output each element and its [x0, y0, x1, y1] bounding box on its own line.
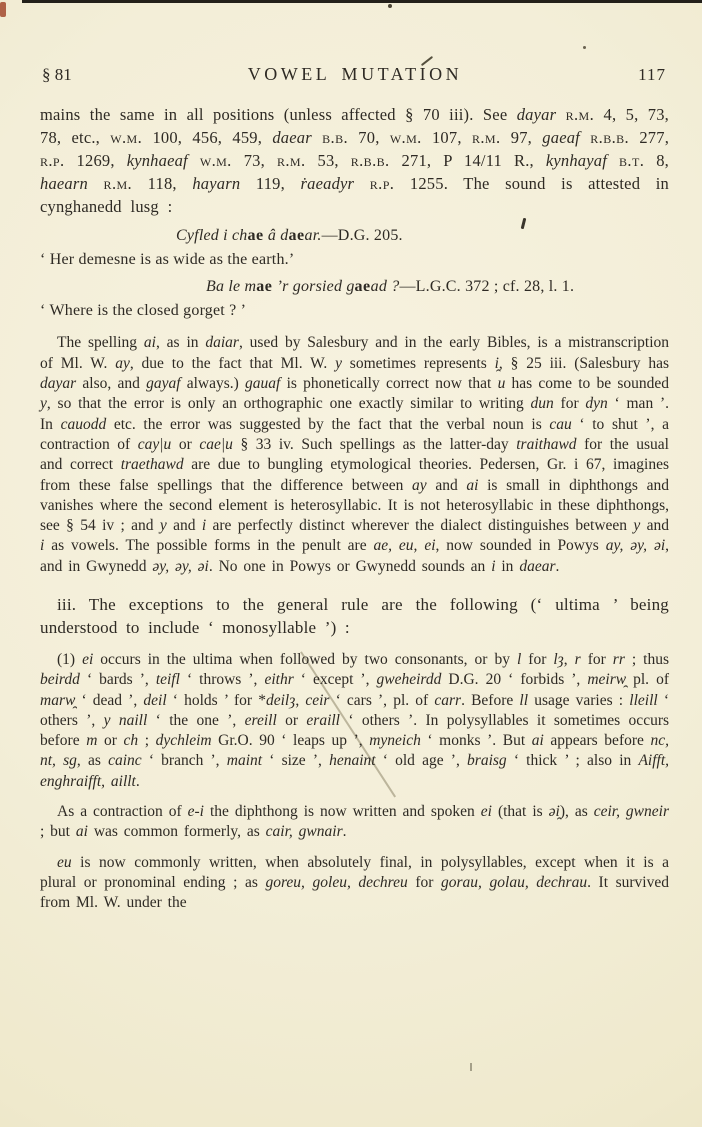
text-run: cauodd — [61, 416, 107, 433]
text-run: y — [160, 517, 167, 534]
text-run: ay, əy, əi — [606, 537, 665, 554]
text-run — [556, 105, 565, 124]
text-run: gorau, golau, dechrau — [441, 874, 587, 891]
text-run: gweheirdd — [377, 671, 442, 688]
text-run: goreu, goleu, dechreu — [265, 874, 407, 891]
text-run: gayaf — [146, 375, 180, 392]
text-run: R.M. — [472, 128, 501, 147]
text-run: dychleim — [156, 732, 212, 749]
text-run: ei — [481, 803, 492, 820]
text-run: § 33 iv. Such spellings as the latter-da… — [233, 436, 516, 453]
text-run: deilȝ — [266, 692, 295, 709]
paragraph-section-iii: iii. The exceptions to the general rule … — [40, 593, 669, 640]
text-run: are perfectly distinct wherever the dial… — [206, 517, 633, 534]
text-run — [312, 128, 322, 147]
text-run: ṙaeadyr — [301, 174, 355, 193]
text-run: Cyfled i ch — [176, 227, 248, 244]
paragraph-exception-1: (1) ei occurs in the ultima when followe… — [40, 650, 669, 792]
text-run: was common formerly, as — [88, 823, 266, 840]
text-run: , § 25 iii. (Salesbury has — [499, 355, 669, 372]
text-run: dun — [531, 395, 554, 412]
scan-speck — [470, 1063, 472, 1071]
text-run: The spelling — [57, 334, 144, 351]
text-run: y — [40, 395, 47, 412]
text-run: meirw̯ — [587, 671, 626, 688]
text-run: əy, əy, əi — [152, 558, 209, 575]
text-run: ai — [144, 334, 156, 351]
text-run: or — [277, 712, 307, 729]
text-run: 277, — [629, 128, 669, 147]
text-run: eithr — [264, 671, 293, 688]
paragraph-spelling-note: The spelling ai, as in daiar, used by Sa… — [40, 333, 669, 577]
text-run: ch — [123, 732, 138, 749]
text-run: cau — [549, 416, 571, 433]
text-run: carr — [434, 692, 461, 709]
text-run: daear — [272, 128, 312, 147]
paragraph-eu-final: eu is now commonly written, when absolut… — [40, 853, 669, 914]
text-run: kynhaeaf — [127, 151, 188, 170]
text-run: traithawd — [516, 436, 576, 453]
text-run: W.M. — [200, 151, 232, 170]
text-run: the diphthong is now written and spoken — [204, 803, 481, 820]
text-run: D.G. 20 ‘ forbids ’, — [441, 671, 587, 688]
text-run — [88, 174, 104, 193]
text-run: marw̯ — [40, 692, 75, 709]
text-run: eraill — [306, 712, 340, 729]
verse-translation-2: ‘ Where is the closed gorget ? ’ — [40, 302, 669, 320]
text-run: dayar — [40, 375, 76, 392]
text-run: and — [167, 517, 202, 534]
text-run: 100, 456, 459, — [142, 128, 272, 147]
text-run: , — [295, 692, 305, 709]
text-run: etc. the error was suggested by the fact… — [106, 416, 549, 433]
text-run: 107, — [422, 128, 472, 147]
text-run — [607, 151, 619, 170]
text-run: daiar — [205, 334, 239, 351]
text-run: , so that the error is only an orthograp… — [47, 395, 531, 412]
text-run: ‘ dead ’, — [75, 692, 143, 709]
text-run: occurs in the ultima when followed by tw… — [93, 651, 517, 668]
text-run: cainc — [108, 752, 142, 769]
text-run: —L.G.C. 372 ; cf. 28, l. 1. — [399, 278, 574, 295]
text-run: ; but — [40, 823, 76, 840]
text-run: ‘ the one ’, — [147, 712, 244, 729]
text-run: ‘ branch ’, — [142, 752, 227, 769]
text-run: (1) — [57, 651, 82, 668]
scan-corner-mark — [0, 2, 6, 17]
verse-translation-1: ‘ Her demesne is as wide as the earth.’ — [40, 251, 669, 269]
text-run: 118, — [132, 174, 192, 193]
text-run: as vowels. The possible forms in the pen… — [44, 537, 373, 554]
text-run: ‘ bards ’, — [80, 671, 156, 688]
paragraph-continuation: mains the same in all positions (unless … — [40, 103, 669, 218]
verse-quote-1: Cyfled i chae â daear.—D.G. 205. — [176, 227, 669, 245]
text-run: dayar — [517, 105, 557, 124]
text-run: is phonetically correct now that — [280, 375, 497, 392]
text-run: ei — [82, 651, 93, 668]
text-run: B.B. — [322, 128, 348, 147]
text-run: 97, — [500, 128, 542, 147]
text-run: or — [171, 436, 199, 453]
text-run: ‘ old age ’, — [376, 752, 467, 769]
text-run: . — [555, 558, 559, 575]
text-run: ae — [256, 278, 272, 295]
text-run: . No one in Powys or Gwynedd sounds an — [209, 558, 491, 575]
text-run: B.T. — [619, 151, 644, 170]
text-run: (that is — [492, 803, 549, 820]
text-run: for — [581, 651, 613, 668]
text-run: —D.G. 205. — [322, 227, 403, 244]
text-run: ceir, gwneir — [594, 803, 669, 820]
text-run: əi̯ — [549, 803, 560, 820]
text-run: â d — [264, 227, 289, 244]
text-run: ay — [115, 355, 130, 372]
text-run: sometimes represents — [342, 355, 495, 372]
text-run: dyn — [585, 395, 607, 412]
text-run: , — [564, 651, 575, 668]
text-run: teifl — [156, 671, 180, 688]
text-run: W.M. — [390, 128, 422, 147]
text-run: haearn — [40, 174, 88, 193]
text-run — [354, 174, 370, 193]
text-run: ereill — [245, 712, 277, 729]
text-run: ‘ monks ’. But — [421, 732, 532, 749]
text-run: appears before — [544, 732, 651, 749]
text-run: eu — [57, 854, 72, 871]
text-run: henaint — [329, 752, 376, 769]
text-run: e-i — [188, 803, 204, 820]
scan-edge-line — [22, 0, 702, 3]
text-run: R.P. — [370, 174, 395, 193]
text-run: mains the same in all positions (unless … — [40, 105, 517, 124]
text-run: beirdd — [40, 671, 80, 688]
text-run: ai — [532, 732, 544, 749]
text-run: y naill — [104, 712, 148, 729]
text-run: 1269, — [65, 151, 127, 170]
text-run — [188, 151, 200, 170]
text-run: ceir — [305, 692, 329, 709]
text-run: has come to be sounded — [505, 375, 669, 392]
text-run: R.M. — [277, 151, 306, 170]
text-run: and — [427, 477, 467, 494]
text-run: cae|u — [199, 436, 233, 453]
text-run: and — [640, 517, 669, 534]
text-run: ae — [288, 227, 304, 244]
text-run: y — [335, 355, 342, 372]
text-run: ad ? — [371, 278, 400, 295]
text-run: myneich — [369, 732, 421, 749]
text-run: R.M. — [566, 105, 595, 124]
text-run: ae — [248, 227, 264, 244]
text-run: ‘ Her demesne is as wide as the earth.’ — [40, 251, 294, 268]
text-run: traethawd — [121, 456, 184, 473]
text-run: gauaf — [245, 375, 280, 392]
text-run: cair, gwnair — [266, 823, 343, 840]
verse-quote-2: Ba le mae ’r gorsied gaead ?—L.G.C. 372 … — [206, 278, 669, 296]
text-run: ’r gorsied g — [272, 278, 354, 295]
text-run: kynhayaf — [546, 151, 607, 170]
text-run: , as in — [156, 334, 205, 351]
text-run: ay — [412, 477, 427, 494]
text-run: ; — [138, 732, 156, 749]
text-run: for — [408, 874, 441, 891]
page-header: § 81 VOWEL MUTATION 117 — [42, 64, 666, 85]
text-run: maint — [227, 752, 262, 769]
text-run: . — [343, 823, 347, 840]
text-run: 73, — [232, 151, 277, 170]
text-run: lleill — [629, 692, 657, 709]
text-run: rr — [613, 651, 625, 668]
text-run: ), as — [560, 803, 594, 820]
text-run: always.) — [181, 375, 246, 392]
text-run: ‘ Where is the closed gorget ? ’ — [40, 302, 246, 319]
text-run: gaeaf — [542, 128, 580, 147]
text-run: 119, — [240, 174, 300, 193]
text-run: , due to the fact that Ml. W. — [130, 355, 335, 372]
text-run: pl. of — [626, 671, 669, 688]
text-run: W.M. — [110, 128, 142, 147]
text-run: R.P. — [40, 151, 65, 170]
text-run: in — [496, 558, 520, 575]
text-run: ll — [519, 692, 528, 709]
text-run: ai — [76, 823, 88, 840]
text-run: Ba le m — [206, 278, 256, 295]
text-run: ‘ thick ’ ; also in — [507, 752, 639, 769]
paragraph-contraction: As a contraction of e-i the diphthong is… — [40, 802, 669, 843]
page-number: 117 — [638, 65, 666, 85]
text-run: m — [86, 732, 97, 749]
text-run: for — [554, 395, 586, 412]
text-run: . Before — [461, 692, 519, 709]
text-run: lȝ — [553, 651, 563, 668]
text-run: R.B.B. — [590, 128, 629, 147]
text-run: As a contraction of — [57, 803, 188, 820]
text-run: . — [136, 773, 140, 790]
text-run: hayarn — [192, 174, 240, 193]
text-run: R.B.B. — [351, 151, 390, 170]
book-page: § 81 VOWEL MUTATION 117 mains the same i… — [0, 0, 702, 1127]
text-run: 53, — [306, 151, 351, 170]
scan-speck — [583, 46, 586, 49]
text-run: ‘ holds ’ for * — [167, 692, 266, 709]
text-run: 8, — [644, 151, 669, 170]
text-run: ‘ size ’, — [262, 752, 329, 769]
text-run: ‘ throws ’, — [180, 671, 265, 688]
text-run: ae — [355, 278, 371, 295]
text-run: 70, — [348, 128, 390, 147]
section-number: § 81 — [42, 65, 72, 85]
text-run: , now sounded in Powys — [436, 537, 606, 554]
text-run: usage varies : — [528, 692, 629, 709]
text-run: ‘ except ’, — [294, 671, 377, 688]
text-run: , as — [77, 752, 108, 769]
text-run: cay|u — [138, 436, 172, 453]
text-run: daear — [519, 558, 555, 575]
text-run: ai — [466, 477, 478, 494]
text-run: also, and — [76, 375, 146, 392]
text-run: iii. The exceptions to the general rule … — [40, 595, 669, 637]
page-body: mains the same in all positions (unless … — [40, 103, 669, 914]
text-run: ae, eu, ei — [374, 537, 436, 554]
text-run: deil — [143, 692, 166, 709]
text-run — [580, 128, 590, 147]
text-run: Gr.O. 90 ‘ leaps up ’, — [212, 732, 370, 749]
text-run: ; thus — [625, 651, 669, 668]
text-run: R.M. — [104, 174, 133, 193]
text-run: 271, P 14/11 R., — [390, 151, 546, 170]
text-run: or — [97, 732, 123, 749]
text-run: ‘ cars ’, pl. of — [329, 692, 434, 709]
text-run: for — [521, 651, 553, 668]
text-run: ar. — [305, 227, 322, 244]
page-title: VOWEL MUTATION — [72, 64, 638, 85]
text-run: braisg — [467, 752, 507, 769]
scan-speck — [388, 4, 392, 8]
